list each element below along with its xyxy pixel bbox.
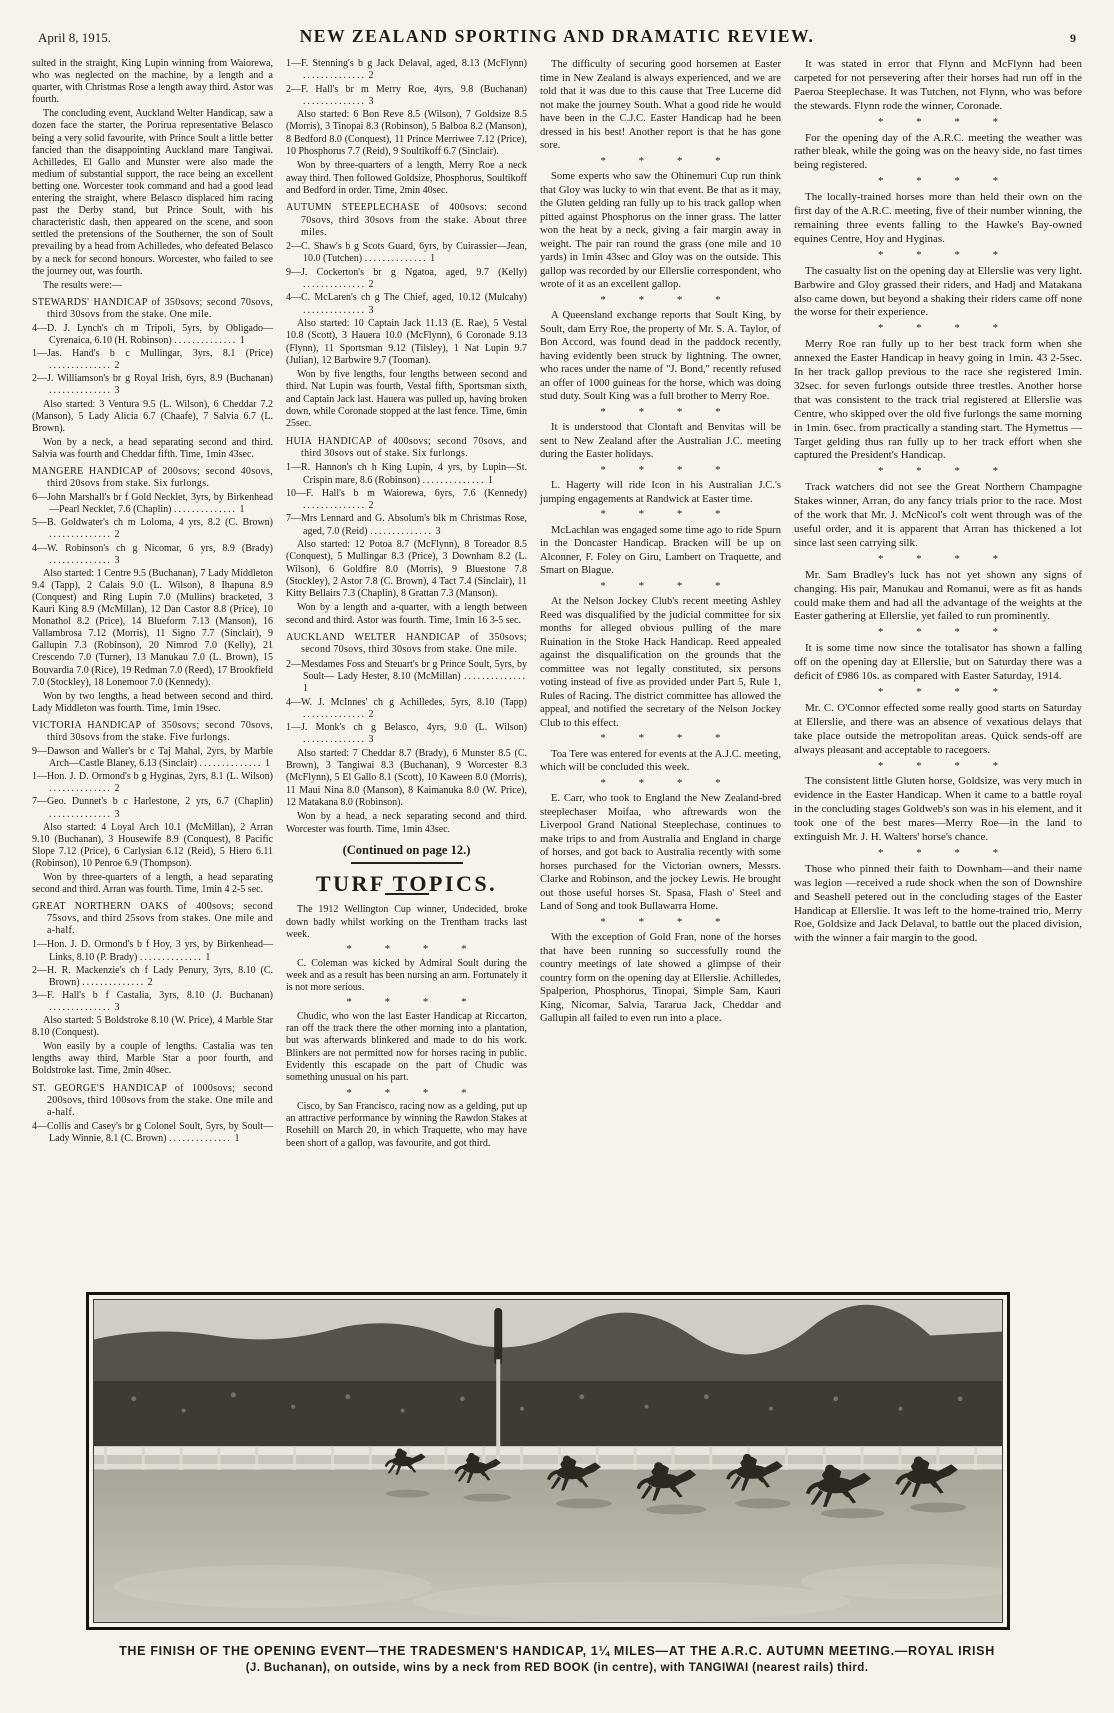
result-entry: 2—Mesdames Foss and Steuart's br g Princ… xyxy=(286,659,527,696)
paragraph: The consistent little Gluten horse, Gold… xyxy=(794,775,1082,845)
leader-dots: .............. xyxy=(140,952,203,963)
result-entry: 2—J. Williamson's br g Royal Irish, 6yrs… xyxy=(32,373,273,397)
paragraph: Won by three-quarters of a length, Merry… xyxy=(286,160,527,197)
leader-dots: .............. xyxy=(169,1133,232,1144)
section-separator: * * * * xyxy=(794,686,1082,700)
race-photo-frame xyxy=(86,1292,1010,1630)
section-separator: * * * * xyxy=(540,464,781,478)
leader-dots: .............. xyxy=(49,555,112,566)
result-entry: 1—J. Monk's ch g Belasco, 4yrs, 9.0 (L. … xyxy=(286,722,527,747)
photo-caption-line1: THE FINISH OF THE OPENING EVENT—THE TRAD… xyxy=(30,1644,1084,1658)
leader-dots: .............. xyxy=(49,783,112,794)
leader-dots: .............. xyxy=(303,734,366,745)
leader-dots: .............. xyxy=(464,671,527,682)
section-separator: * * * * xyxy=(540,777,781,791)
paragraph: L. Hagerty will ride Icon in his Austral… xyxy=(540,479,781,506)
text-column: 1—F. Stenning's b g Jack Delaval, aged, … xyxy=(286,58,527,1286)
paragraph: Also started: 10 Captain Jack 11.13 (E. … xyxy=(286,318,527,367)
paragraph: With the exception of Gold Fran, none of… xyxy=(540,931,781,1026)
section-separator: * * * * xyxy=(286,943,527,955)
section-separator: * * * * xyxy=(286,996,527,1008)
divider-rule xyxy=(351,862,463,864)
result-entry-text: 5—B. Goldwater's ch m Loloma, 4 yrs, 8.2… xyxy=(32,517,273,528)
race-finish-illustration xyxy=(94,1300,1002,1622)
section-separator: * * * * xyxy=(794,626,1082,640)
paragraph: Also started: 6 Bon Reve 8.5 (Wilson), 7… xyxy=(286,109,527,158)
result-entry: 3—F. Hall's b f Castalia, 3yrs, 8.10 (J.… xyxy=(32,990,273,1014)
paragraph: Cisco, by San Francisco, racing now as a… xyxy=(286,1101,527,1150)
result-entry: 1—Hon. J. D. Ormond's b g Hyginas, 2yrs,… xyxy=(32,771,273,795)
race-heading: MANGERE HANDICAP of 200sovs; second 40so… xyxy=(32,466,273,490)
result-entry-text: 1—Jas. Hand's b c Mullingar, 3yrs, 8.1 (… xyxy=(32,348,273,359)
race-heading: GREAT NORTHERN OAKS of 400sovs; second 7… xyxy=(32,901,273,937)
result-entry-text: 2—J. Williamson's br g Royal Irish, 6yrs… xyxy=(32,373,273,384)
result-entry-text: 4—W. J. McInnes' ch g Achilledes, 5yrs, … xyxy=(286,697,527,708)
paragraph: Won by a head, a neck separating second … xyxy=(286,811,527,836)
finish-place: 3 xyxy=(112,385,120,396)
paragraph: At the Nelson Jockey Club's recent meeti… xyxy=(540,595,781,730)
result-entry: 1—Jas. Hand's b c Mullingar, 3yrs, 8.1 (… xyxy=(32,348,273,372)
result-entry: 10—F. Hall's b m Waiorewa, 6yrs, 7.6 (Ke… xyxy=(286,488,527,513)
finish-place: 2 xyxy=(366,279,374,290)
paragraph: Track watchers did not see the Great Nor… xyxy=(794,481,1082,551)
finish-place: 2 xyxy=(366,500,374,511)
finish-place: 3 xyxy=(366,96,374,107)
finish-place: 2 xyxy=(112,783,120,794)
paragraph: Also started: 1 Centre 9.5 (Buchanan), 7… xyxy=(32,568,273,689)
section-separator: * * * * xyxy=(794,760,1082,774)
race-heading: AUTUMN STEEPLECHASE of 400sovs: second 7… xyxy=(286,202,527,239)
paragraph: Chudic, who won the last Easter Handicap… xyxy=(286,1011,527,1085)
result-entry: 4—Collis and Casey's br g Colonel Soult,… xyxy=(32,1121,273,1145)
leader-dots: .............. xyxy=(49,529,112,540)
leader-dots: .............. xyxy=(174,504,237,515)
section-separator: * * * * xyxy=(540,155,781,169)
result-entry: 1—R. Hannon's ch h King Lupin, 4 yrs, by… xyxy=(286,462,527,487)
finish-place: 1 xyxy=(262,758,270,769)
result-entry-text: 9—J. Cockerton's br g Ngatoa, aged, 9.7 … xyxy=(286,267,527,278)
result-entry-text: 1—Hon. J. D. Ormond's b g Hyginas, 2yrs,… xyxy=(32,771,273,782)
continued-note: (Continued on page 12.) xyxy=(286,844,527,856)
result-entry: 4—W. Robinson's ch g Nicomar, 6 yrs, 8.9… xyxy=(32,543,273,567)
section-separator: * * * * xyxy=(540,916,781,930)
paragraph: Won by two lengths, a head between secon… xyxy=(32,691,273,715)
section-separator: * * * * xyxy=(794,465,1082,479)
text-column: It was stated in error that Flynn and Mc… xyxy=(794,58,1082,1286)
page-header: April 8, 1915. NEW ZEALAND SPORTING AND … xyxy=(38,26,1076,47)
paragraph: Those who pinned their faith to Downham—… xyxy=(794,863,1082,946)
finish-place: 1 xyxy=(237,504,245,515)
result-entry-text: 1—F. Stenning's b g Jack Delaval, aged, … xyxy=(286,58,527,69)
result-entry-text: 7—Geo. Dunnet's b c Harlestone, 2 yrs, 6… xyxy=(32,796,273,807)
section-separator: * * * * xyxy=(540,508,781,522)
result-entry-text: 2—F. Hall's br m Merry Roe, 4yrs, 9.8 (B… xyxy=(286,84,527,95)
leader-dots: .............. xyxy=(303,500,366,511)
paragraph: The difficulty of securing good horsemen… xyxy=(540,58,781,153)
newspaper-page: April 8, 1915. NEW ZEALAND SPORTING AND … xyxy=(0,0,1114,1713)
article-columns: sulted in the straight, King Lupin winni… xyxy=(32,58,1088,1286)
race-heading: ST. GEORGE'S HANDICAP of 1000sovs; secon… xyxy=(32,1083,273,1119)
result-entry: 1—F. Stenning's b g Jack Delaval, aged, … xyxy=(286,58,527,83)
paragraph: For the opening day of the A.R.C. meetin… xyxy=(794,132,1082,174)
leader-dots: .............. xyxy=(303,279,366,290)
finish-place: 3 xyxy=(112,809,120,820)
result-entry: 1—Hon. J. D. Ormond's b f Hoy, 3 yrs, by… xyxy=(32,939,273,963)
paragraph: The concluding event, Auckland Welter Ha… xyxy=(32,108,273,277)
paragraph: Merry Roe ran fully up to her best track… xyxy=(794,338,1082,463)
leader-dots: .............. xyxy=(303,70,366,81)
section-separator: * * * * xyxy=(540,732,781,746)
finish-place: 3 xyxy=(366,734,374,745)
paragraph: The results were:— xyxy=(32,280,273,292)
paragraph: The casualty list on the opening day at … xyxy=(794,265,1082,321)
section-separator: * * * * xyxy=(794,847,1082,861)
paragraph: Also started: 4 Loyal Arch 10.1 (McMilla… xyxy=(32,822,273,870)
leader-dots: .............. xyxy=(422,475,485,486)
masthead-title: NEW ZEALAND SPORTING AND DRAMATIC REVIEW… xyxy=(188,26,926,47)
finish-place: 1 xyxy=(232,1133,240,1144)
paragraph: E. Carr, who took to England the New Zea… xyxy=(540,792,781,914)
race-heading: VICTORIA HANDICAP of 350sovs; second 70s… xyxy=(32,720,273,744)
finish-place: 2 xyxy=(112,529,120,540)
page-number: 9 xyxy=(926,31,1076,46)
leader-dots: .............. xyxy=(49,385,112,396)
result-entry-text: 10—F. Hall's b m Waiorewa, 6yrs, 7.6 (Ke… xyxy=(286,488,527,499)
leader-dots: .............. xyxy=(174,335,237,346)
section-headline: TURF TOPICS. xyxy=(286,878,527,890)
paragraph: Toa Tere was entered for events at the A… xyxy=(540,748,781,775)
result-entry: 9—J. Cockerton's br g Ngatoa, aged, 9.7 … xyxy=(286,267,527,292)
finish-place: 2 xyxy=(366,70,374,81)
paragraph: Won by a neck, a head separating second … xyxy=(32,437,273,461)
result-entry: 7—Geo. Dunnet's b c Harlestone, 2 yrs, 6… xyxy=(32,796,273,820)
result-entry: 4—W. J. McInnes' ch g Achilledes, 5yrs, … xyxy=(286,697,527,722)
leader-dots: .............. xyxy=(82,977,145,988)
text-column: sulted in the straight, King Lupin winni… xyxy=(32,58,273,1286)
race-photo xyxy=(93,1299,1003,1623)
text-column: The difficulty of securing good horsemen… xyxy=(540,58,781,1286)
section-separator: * * * * xyxy=(540,406,781,420)
result-entry: 4—C. McLaren's ch g The Chief, aged, 10.… xyxy=(286,292,527,317)
finish-place: 2 xyxy=(366,709,374,720)
finish-place: 1 xyxy=(237,335,245,346)
paragraph: The locally-trained horses more than hel… xyxy=(794,191,1082,247)
paragraph: Also started: 12 Potoa 8.7 (McFlynn), 8 … xyxy=(286,539,527,600)
result-entry: 2—C. Shaw's b g Scots Guard, 6yrs, by Cu… xyxy=(286,241,527,266)
leader-dots: .............. xyxy=(49,809,112,820)
paragraph: Also started: 3 Ventura 9.5 (L. Wilson),… xyxy=(32,399,273,435)
result-entry: 6—John Marshall's br f Gold Necklet, 3yr… xyxy=(32,492,273,516)
paragraph: Also started: 5 Boldstroke 8.10 (W. Pric… xyxy=(32,1015,273,1039)
race-heading: STEWARDS' HANDICAP of 350sovs; second 70… xyxy=(32,297,273,321)
result-entry: 7—Mrs Lennard and G. Absolum's blk m Chr… xyxy=(286,513,527,538)
issue-date: April 8, 1915. xyxy=(38,30,188,46)
paragraph: Won easily by a couple of lengths. Casta… xyxy=(32,1041,273,1077)
finish-place: 3 xyxy=(433,526,441,537)
race-heading: HUIA HANDICAP of 400sovs; second 70sovs,… xyxy=(286,436,527,461)
finish-place: 3 xyxy=(112,1002,120,1013)
leader-dots: .............. xyxy=(303,709,366,720)
section-separator: * * * * xyxy=(794,553,1082,567)
leader-dots: .............. xyxy=(199,758,262,769)
section-separator: * * * * xyxy=(540,294,781,308)
paragraph: Mr. Sam Bradley's luck has not yet shown… xyxy=(794,569,1082,625)
paragraph: It is some time now since the totalisato… xyxy=(794,642,1082,684)
paragraph: Won by a length and a-quarter, with a le… xyxy=(286,602,527,627)
photo-caption: THE FINISH OF THE OPENING EVENT—THE TRAD… xyxy=(30,1644,1084,1674)
result-entry: 2—F. Hall's br m Merry Roe, 4yrs, 9.8 (B… xyxy=(286,84,527,109)
paragraph: Won by five lengths, four lengths betwee… xyxy=(286,369,527,430)
finish-place: 2 xyxy=(112,360,120,371)
result-entry-text: 4—W. Robinson's ch g Nicomar, 6 yrs, 8.9… xyxy=(32,543,273,554)
paragraph: It is understood that Clontaft and Benvi… xyxy=(540,421,781,462)
finish-place: 1 xyxy=(203,952,211,963)
finish-place: 3 xyxy=(112,555,120,566)
paragraph: C. Coleman was kicked by Admiral Soult d… xyxy=(286,958,527,995)
finish-place: 1 xyxy=(303,683,308,694)
finish-place: 3 xyxy=(366,305,374,316)
section-separator: * * * * xyxy=(286,1087,527,1099)
result-entry-text: 3—F. Hall's b f Castalia, 3yrs, 8.10 (J.… xyxy=(32,990,273,1001)
paragraph: Mr. C. O'Connor effected some really goo… xyxy=(794,702,1082,758)
finish-place: 1 xyxy=(485,475,493,486)
paragraph: sulted in the straight, King Lupin winni… xyxy=(32,58,273,106)
leader-dots: .............. xyxy=(303,96,366,107)
result-entry-text: 4—C. McLaren's ch g The Chief, aged, 10.… xyxy=(286,292,527,303)
paragraph: It was stated in error that Flynn and Mc… xyxy=(794,58,1082,114)
leader-dots: .............. xyxy=(49,360,112,371)
leader-dots: .............. xyxy=(370,526,433,537)
result-entry: 4—D. J. Lynch's ch m Tripoli, 5yrs, by O… xyxy=(32,323,273,347)
section-separator: * * * * xyxy=(540,580,781,594)
paragraph: Also started: 7 Cheddar 8.7 (Brady), 6 M… xyxy=(286,748,527,809)
section-separator: * * * * xyxy=(794,116,1082,130)
result-entry: 2—H. R. Mackenzie's ch f Lady Penury, 3y… xyxy=(32,965,273,989)
finish-place: 2 xyxy=(145,977,153,988)
finish-place: 1 xyxy=(428,253,436,264)
leader-dots: .............. xyxy=(49,1002,112,1013)
section-separator: * * * * xyxy=(794,175,1082,189)
paragraph: A Queensland exchange reports that Soult… xyxy=(540,309,781,404)
result-entry: 9—Dawson and Waller's br c Taj Mahal, 2y… xyxy=(32,746,273,770)
section-separator: * * * * xyxy=(794,249,1082,263)
paragraph: McLachlan was engaged some time ago to r… xyxy=(540,524,781,578)
race-heading: AUCKLAND WELTER HANDICAP of 350sovs; sec… xyxy=(286,632,527,657)
leader-dots: .............. xyxy=(303,305,366,316)
photo-caption-line2: (J. Buchanan), on outside, wins by a nec… xyxy=(30,1662,1084,1674)
result-entry: 5—B. Goldwater's ch m Loloma, 4 yrs, 8.2… xyxy=(32,517,273,541)
leader-dots: .............. xyxy=(365,253,428,264)
paragraph: Some experts who saw the Ohinemuri Cup r… xyxy=(540,170,781,292)
section-separator: * * * * xyxy=(794,322,1082,336)
paragraph: Won by three-quarters of a length, a hea… xyxy=(32,872,273,896)
result-entry-text: 1—J. Monk's ch g Belasco, 4yrs, 9.0 (L. … xyxy=(286,722,527,733)
paragraph: The 1912 Wellington Cup winner, Undecide… xyxy=(286,904,527,941)
